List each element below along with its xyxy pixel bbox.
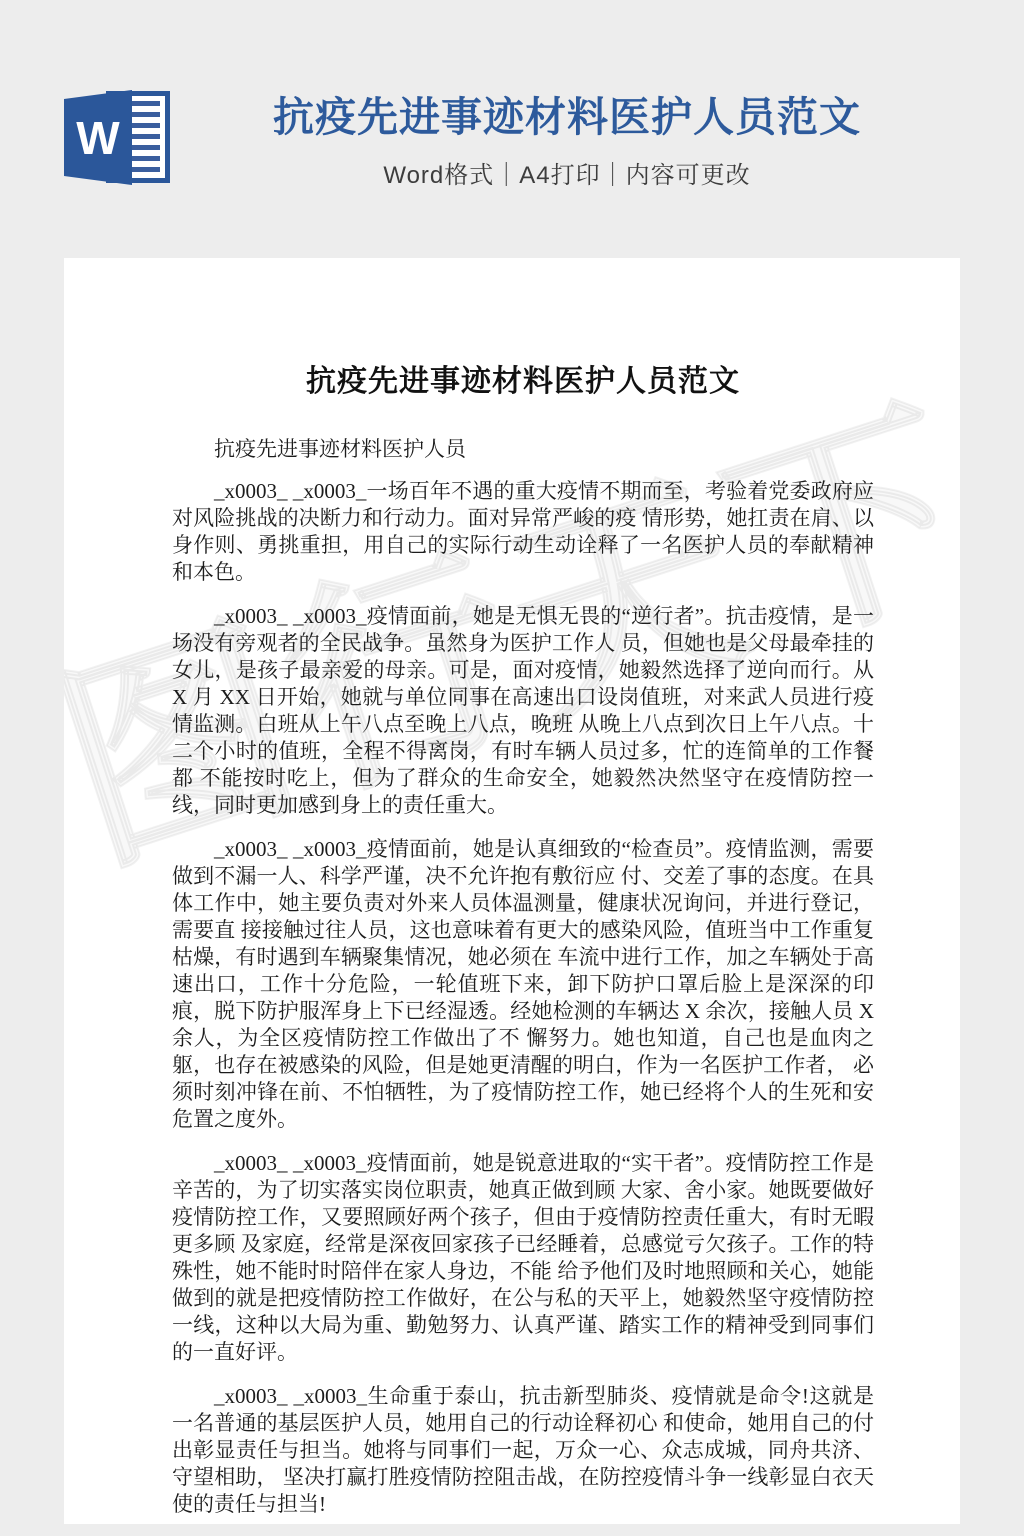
header-text: 抗疫先进事迹材料医护人员范文 Word格式｜A4打印｜内容可更改: [174, 88, 960, 190]
document-page: 图行天下 抗疫先进事迹材料医护人员范文 抗疫先进事迹材料医护人员 _x0003_…: [64, 258, 960, 1524]
document-paragraph: _x0003_ _x0003_一场百年不遇的重大疫情不期而至，考验着党委政府应对…: [172, 478, 874, 586]
document-paragraph: _x0003_ _x0003_生命重于泰山，抗击新型肺炎、疫情就是命令!这就是一…: [172, 1383, 874, 1518]
document-paragraph: _x0003_ _x0003_疫情面前，她是锐意进取的“实干者”。疫情防控工作是…: [172, 1150, 874, 1366]
document-lead-line: 抗疫先进事迹材料医护人员: [172, 436, 874, 463]
page-subtitle: Word格式｜A4打印｜内容可更改: [174, 155, 960, 190]
header: W 抗疫先进事迹材料医护人员范文 Word格式｜A4打印｜内容可更改: [64, 0, 960, 190]
document-content: 抗疫先进事迹材料医护人员范文 抗疫先进事迹材料医护人员 _x0003_ _x00…: [64, 258, 960, 1518]
page-title: 抗疫先进事迹材料医护人员范文: [174, 94, 960, 141]
word-w-letter-icon: W: [64, 88, 132, 188]
word-file-icon: W: [64, 88, 174, 188]
document-title: 抗疫先进事迹材料医护人员范文: [172, 362, 874, 402]
document-paragraph: _x0003_ _x0003_疫情面前，她是认真细致的“检查员”。疫情监测，需要…: [172, 836, 874, 1133]
document-paragraph: _x0003_ _x0003_疫情面前，她是无惧无畏的“逆行者”。抗击疫情，是一…: [172, 603, 874, 819]
